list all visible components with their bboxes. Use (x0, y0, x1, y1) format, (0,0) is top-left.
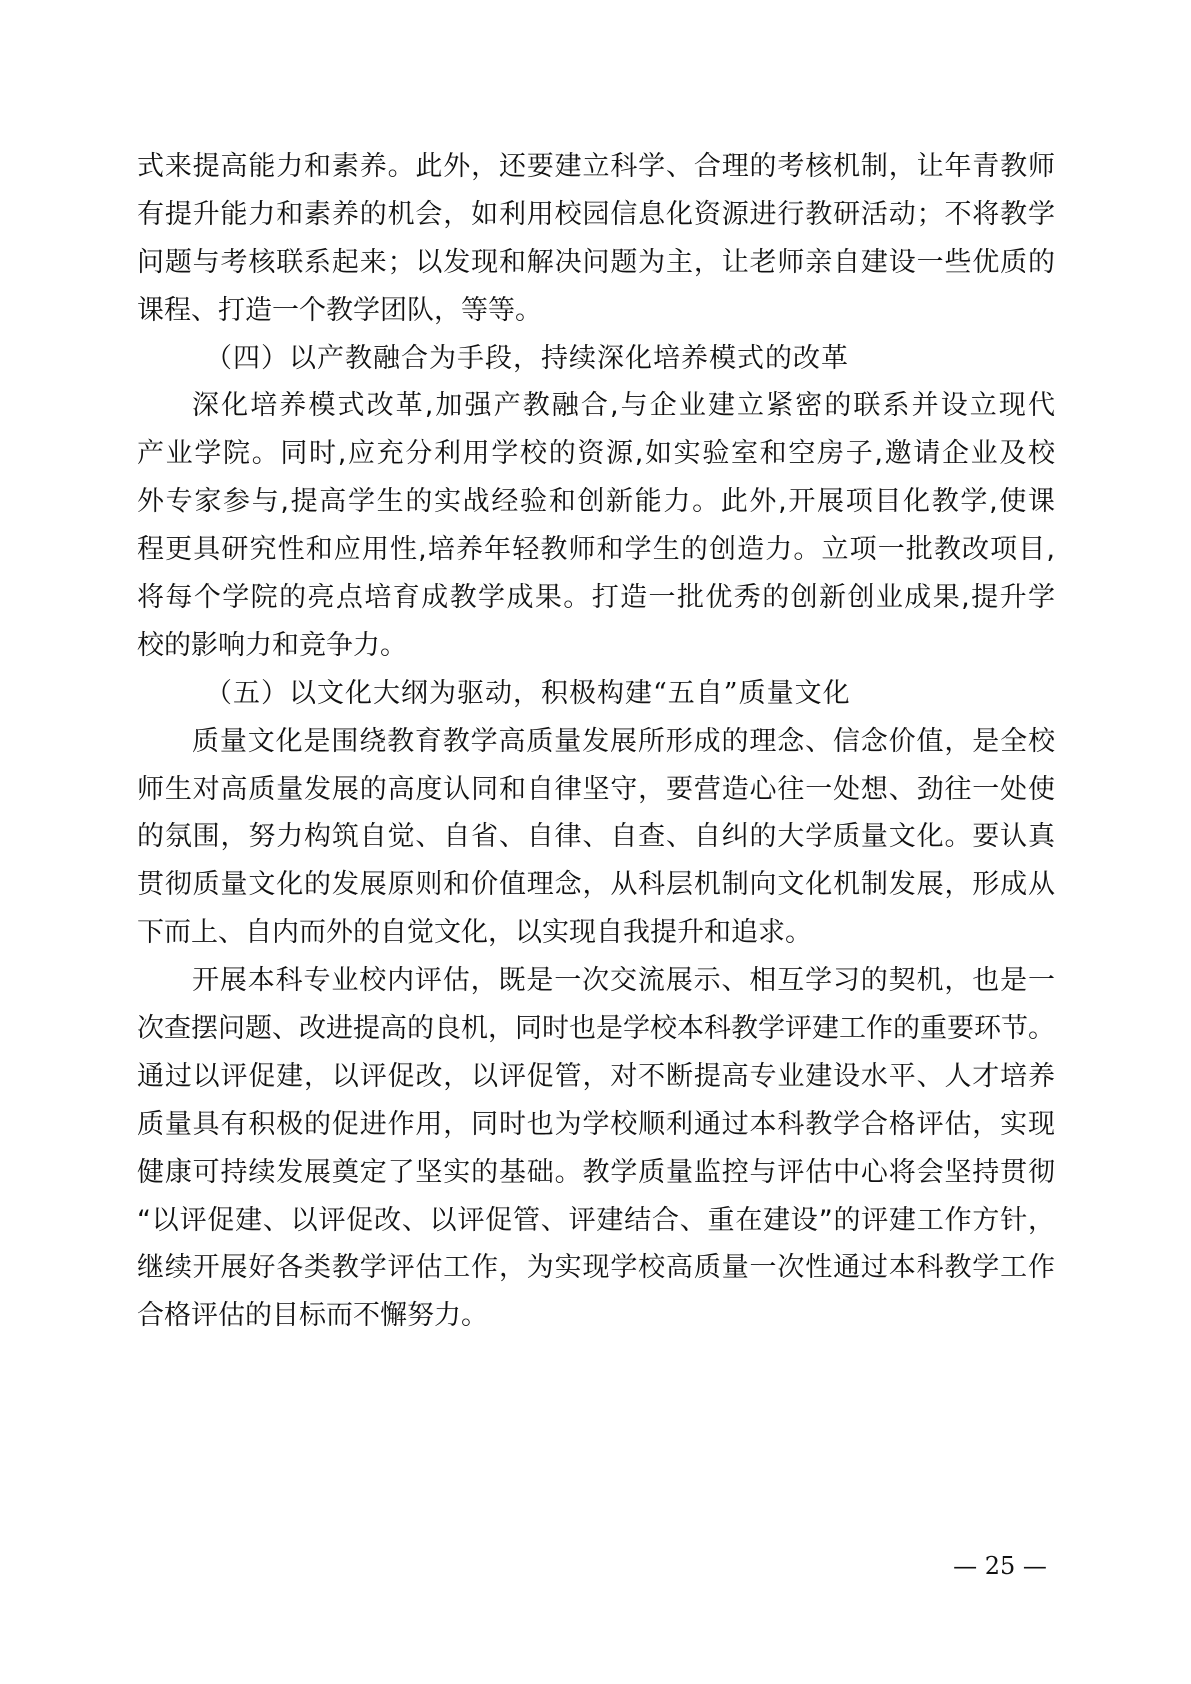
text-line: 的氛围，努力构筑自觉、自省、自律、自查、自纠的大学质量文化。要认真 (137, 813, 1055, 861)
text-line: 开展本科专业校内评估，既是一次交流展示、相互学习的契机，也是一 (137, 957, 1055, 1005)
paragraph-continuation: 式来提高能力和素养。此外，还要建立科学、合理的考核机制，让年青教师 有提升能力和… (137, 143, 1055, 335)
text-line: 有提升能力和素养的机会，如利用校园信息化资源进行教研活动；不将教学 (137, 191, 1055, 239)
text-line: 质量具有积极的促进作用，同时也为学校顺利通过本科教学合格评估，实现 (137, 1101, 1055, 1149)
text-line: 问题与考核联系起来；以发现和解决问题为主，让老师亲自建设一些优质的 (137, 239, 1055, 287)
text-line: 深化培养模式改革,加强产教融合,与企业建立紧密的联系并设立现代 (137, 382, 1055, 430)
text-line: 产业学院。同时,应充分利用学校的资源,如实验室和空房子,邀请企业及校 (137, 430, 1055, 478)
text-line: 下而上、自内而外的自觉文化，以实现自我提升和追求。 (137, 909, 1055, 957)
text-line: 程更具研究性和应用性,培养年轻教师和学生的创造力。立项一批教改项目, (137, 526, 1055, 574)
text-line: 式来提高能力和素养。此外，还要建立科学、合理的考核机制，让年青教师 (137, 143, 1055, 191)
text-line: 校的影响力和竞争力。 (137, 622, 1055, 670)
body-text: 式来提高能力和素养。此外，还要建立科学、合理的考核机制，让年青教师 有提升能力和… (137, 143, 1055, 1340)
text-line: 课程、打造一个教学团队，等等。 (137, 287, 1055, 335)
text-line: 外专家参与,提高学生的实战经验和创新能力。此外,开展项目化教学,使课 (137, 478, 1055, 526)
text-line: 合格评估的目标而不懈努力。 (137, 1292, 1055, 1340)
document-page: 式来提高能力和素养。此外，还要建立科学、合理的考核机制，让年青教师 有提升能力和… (0, 0, 1191, 1684)
section-heading-5: （五）以文化大纲为驱动，积极构建“五自”质量文化 (137, 670, 1055, 718)
page-number: — 25 — (940, 1548, 1060, 1584)
section-heading-4: （四）以产教融合为手段，持续深化培养模式的改革 (137, 335, 1055, 383)
text-line: 将每个学院的亮点培育成教学成果。打造一批优秀的创新创业成果,提升学 (137, 574, 1055, 622)
text-line: “以评促建、以评促改、以评促管、评建结合、重在建设”的评建工作方针， (137, 1197, 1055, 1245)
text-line: 健康可持续发展奠定了坚实的基础。教学质量监控与评估中心将会坚持贯彻 (137, 1149, 1055, 1197)
paragraph-industry-education: 深化培养模式改革,加强产教融合,与企业建立紧密的联系并设立现代 产业学院。同时,… (137, 382, 1055, 669)
text-line: 次查摆问题、改进提高的良机，同时也是学校本科教学评建工作的重要环节。 (137, 1005, 1055, 1053)
text-line: 质量文化是围绕教育教学高质量发展所形成的理念、信念价值，是全校 (137, 718, 1055, 766)
paragraph-quality-culture: 质量文化是围绕教育教学高质量发展所形成的理念、信念价值，是全校 师生对高质量发展… (137, 718, 1055, 957)
text-line: 继续开展好各类教学评估工作，为实现学校高质量一次性通过本科教学工作 (137, 1244, 1055, 1292)
paragraph-evaluation-summary: 开展本科专业校内评估，既是一次交流展示、相互学习的契机，也是一 次查摆问题、改进… (137, 957, 1055, 1340)
text-line: 师生对高质量发展的高度认同和自律坚守，要营造心往一处想、劲往一处使 (137, 766, 1055, 814)
text-line: 通过以评促建，以评促改，以评促管，对不断提高专业建设水平、人才培养 (137, 1053, 1055, 1101)
text-line: 贯彻质量文化的发展原则和价值理念，从科层机制向文化机制发展，形成从 (137, 861, 1055, 909)
